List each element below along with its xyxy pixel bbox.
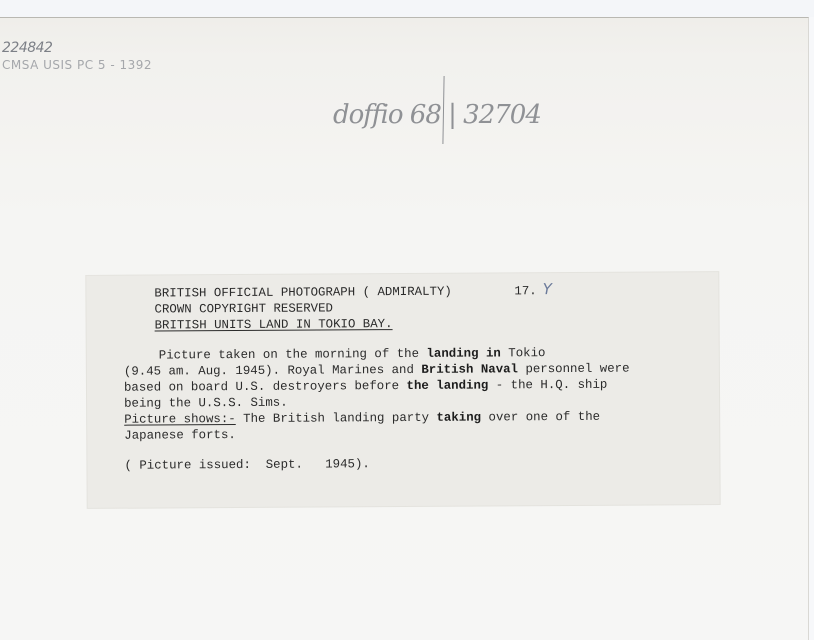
text: based on board U.S. destroyers before bbox=[124, 379, 407, 395]
caption-body-line: being the U.S.S. Sims. bbox=[124, 395, 288, 412]
bold-text: British Naval bbox=[421, 362, 518, 377]
text: Tokio bbox=[501, 346, 546, 360]
caption-slip: BRITISH OFFICIAL PHOTOGRAPH ( ADMIRALTY)… bbox=[86, 272, 719, 508]
caption-header-copyright: CROWN COPYRIGHT RESERVED bbox=[154, 300, 333, 317]
photo-number-handwritten: Y bbox=[543, 280, 552, 298]
text: personnel were bbox=[518, 362, 630, 377]
text: (9.45 am. Aug. 1945). Royal Marines and bbox=[124, 363, 422, 379]
picture-shows-label: Picture shows:- bbox=[124, 412, 236, 427]
photo-number-typed: 17. bbox=[514, 284, 536, 298]
scan-background-strip bbox=[0, 0, 814, 17]
photo-number: 17.Y bbox=[514, 281, 552, 299]
caption-header-source: BRITISH OFFICIAL PHOTOGRAPH ( ADMIRALTY) bbox=[154, 284, 452, 302]
caption-body-line: Picture shows:- The British landing part… bbox=[124, 409, 600, 428]
text: The British landing party bbox=[236, 411, 437, 426]
bold-text: taking bbox=[436, 411, 481, 425]
caption-issued-date: ( Picture issued: Sept. 1945). bbox=[124, 456, 369, 473]
inventory-number: 224842 bbox=[2, 40, 52, 56]
bold-text: landing in bbox=[426, 346, 500, 360]
reference-code: CMSA USIS PC 5 - 1392 bbox=[2, 58, 152, 72]
caption-body-line: Japanese forts. bbox=[124, 427, 236, 444]
text: - the H.Q. ship bbox=[488, 378, 607, 393]
bold-text: the landing bbox=[406, 378, 488, 392]
caption-body-line: based on board U.S. destroyers before th… bbox=[124, 377, 607, 396]
photo-card-back: 224842 CMSA USIS PC 5 - 1392 doffio 68 |… bbox=[0, 17, 809, 640]
text: over one of the bbox=[481, 410, 600, 425]
caption-title: BRITISH UNITS LAND IN TOKIO BAY. bbox=[155, 316, 393, 333]
text: Picture taken on the morning of the bbox=[159, 347, 427, 363]
archive-code: doffio 68 | 32704 bbox=[333, 100, 541, 130]
